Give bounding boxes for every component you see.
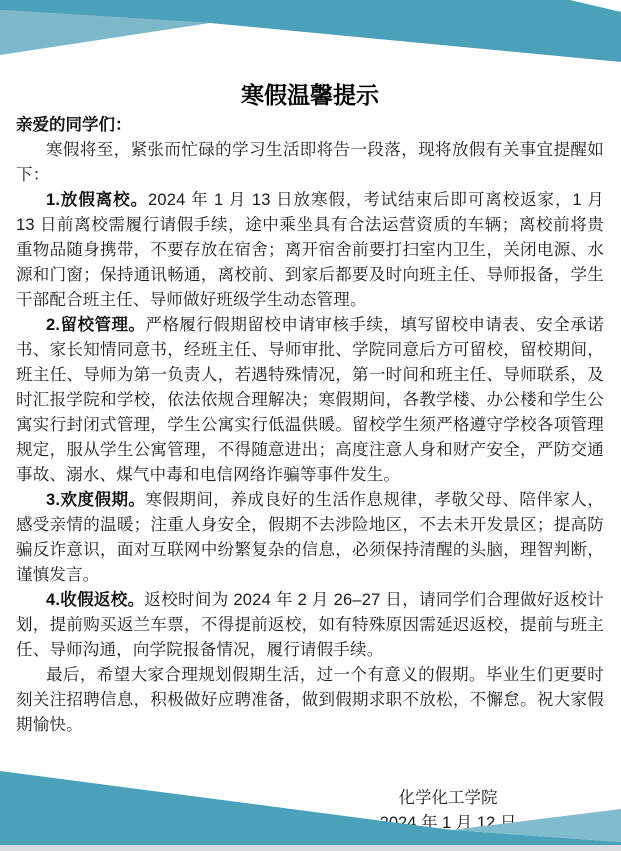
intro-paragraph: 寒假将至，紧张而忙碌的学习生活即将告一段落，现将放假有关事宜提醒如下： — [16, 138, 604, 188]
salutation: 亲爱的同学们： — [16, 113, 604, 138]
section-paragraph-4: 4.收假返校。返校时间为 2024 年 2 月 26–27 日，请同学们合理做好… — [16, 588, 604, 663]
section-label-1: 1.放假离校。 — [46, 191, 148, 209]
bottom-decoration — [0, 770, 621, 851]
page-title: 寒假温馨提示 — [16, 82, 604, 108]
notice-page: 寒假温馨提示 亲爱的同学们： 寒假将至，紧张而忙碌的学习生活即将告一段落，现将放… — [0, 0, 621, 851]
closing-paragraph: 最后，希望大家合理规划假期生活，过一个有意义的假期。毕业生们更要时刻关注招聘信息… — [16, 663, 604, 738]
section-label-4: 4.收假返校。 — [46, 591, 144, 609]
section-paragraph-3: 3.欢度假期。寒假期间，养成良好的生活作息规律，孝敬父母、陪伴家人，感受亲情的温… — [16, 488, 604, 588]
section-label-3: 3.欢度假期。 — [46, 491, 145, 509]
bottom-teal-wedge — [0, 771, 621, 851]
section-text-2: 严格履行假期留校申请审核手续，填写留校申请表、安全承诺书、家长知情同意书，经班主… — [16, 316, 604, 484]
section-paragraph-2: 2.留校管理。严格履行假期留校申请审核手续，填写留校申请表、安全承诺书、家长知情… — [16, 313, 604, 488]
section-label-2: 2.留校管理。 — [46, 316, 145, 334]
notice-body: 寒假温馨提示 亲爱的同学们： 寒假将至，紧张而忙碌的学习生活即将告一段落，现将放… — [0, 0, 621, 836]
section-paragraph-1: 1.放假离校。2024 年 1 月 13 日放寒假，考试结束后即可离校返家，1 … — [16, 188, 604, 313]
bottom-edge-strip — [0, 845, 621, 851]
